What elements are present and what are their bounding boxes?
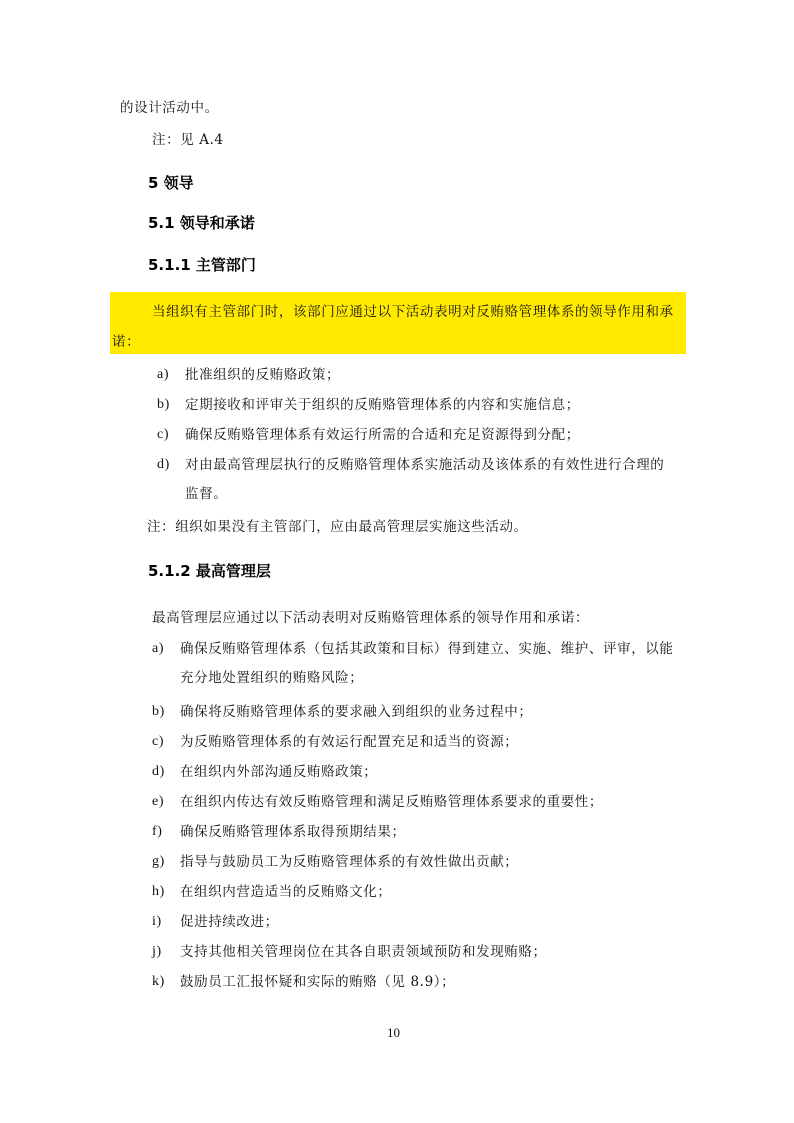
section-5-heading: 5 领导 bbox=[148, 173, 194, 193]
list-marker: a) bbox=[152, 640, 164, 658]
highlighted-paragraph bbox=[110, 292, 686, 354]
list-text-continuation: 监督。 bbox=[185, 485, 227, 503]
list-text: 鼓励员工汇报怀疑和实际的贿赂（见 8.9）； bbox=[180, 973, 455, 991]
list-text: 在组织内外部沟通反贿赂政策； bbox=[180, 763, 377, 781]
list-text: 为反贿赂管理体系的有效运行配置充足和适当的资源； bbox=[180, 733, 518, 751]
list-text: 确保反贿赂管理体系有效运行所需的合适和充足资源得到分配； bbox=[185, 426, 580, 444]
list-text: 支持其他相关管理岗位在其各自职责领域预防和发现贿赂； bbox=[180, 943, 547, 961]
intro-line-2: 诺： bbox=[112, 333, 140, 351]
section-5-1-1-heading: 5.1.1 主管部门 bbox=[148, 255, 256, 275]
section-5-1-2-heading: 5.1.2 最高管理层 bbox=[148, 561, 271, 581]
list-marker: c) bbox=[152, 733, 164, 751]
list-text: 在组织内传达有效反贿赂管理和满足反贿赂管理体系要求的重要性； bbox=[180, 793, 603, 811]
list-text: 对由最高管理层执行的反贿赂管理体系实施活动及该体系的有效性进行合理的 bbox=[185, 456, 664, 474]
list-marker: e) bbox=[152, 793, 164, 811]
list-text: 定期接收和评审关于组织的反贿赂管理体系的内容和实施信息； bbox=[185, 396, 580, 414]
list-marker: b) bbox=[157, 396, 170, 414]
note-a4: 注：见 A.4 bbox=[152, 131, 224, 149]
list-text: 促进持续改进； bbox=[180, 913, 279, 931]
list-marker: f) bbox=[152, 823, 163, 841]
list-text: 确保反贿赂管理体系取得预期结果； bbox=[180, 823, 406, 841]
list-marker: b) bbox=[152, 703, 165, 721]
list-text: 批准组织的反贿赂政策； bbox=[185, 366, 340, 384]
intro-line-1: 当组织有主管部门时，该部门应通过以下活动表明对反贿赂管理体系的领导作用和承 bbox=[152, 303, 674, 321]
list-marker: j) bbox=[152, 943, 162, 961]
list-marker: g) bbox=[152, 853, 165, 871]
list-text: 确保反贿赂管理体系（包括其政策和目标）得到建立、实施、维护、评审，以能 bbox=[180, 640, 674, 658]
list-marker: d) bbox=[152, 763, 165, 781]
list-marker: h) bbox=[152, 883, 165, 901]
list-text: 指导与鼓励员工为反贿赂管理体系的有效性做出贡献； bbox=[180, 853, 518, 871]
list-marker: c) bbox=[157, 426, 169, 444]
list-marker: k) bbox=[152, 973, 165, 991]
section-5-1-heading: 5.1 领导和承诺 bbox=[148, 213, 255, 233]
list-marker: a) bbox=[157, 366, 169, 384]
list-text-continuation: 充分地处置组织的贿赂风险； bbox=[180, 669, 363, 687]
list-marker: d) bbox=[157, 456, 170, 474]
document-page: 的设计活动中。 注：见 A.4 5 领导 5.1 领导和承诺 5.1.1 主管部… bbox=[0, 0, 794, 1123]
page-number: 10 bbox=[387, 1025, 400, 1041]
note-no-governing-body: 注：组织如果没有主管部门，应由最高管理层实施这些活动。 bbox=[147, 518, 528, 536]
list-marker: i) bbox=[152, 913, 162, 931]
list-text: 确保将反贿赂管理体系的要求融入到组织的业务过程中； bbox=[180, 703, 533, 721]
continuation-text: 的设计活动中。 bbox=[120, 99, 219, 117]
top-management-intro: 最高管理层应通过以下活动表明对反贿赂管理体系的领导作用和承诺： bbox=[152, 609, 589, 627]
list-text: 在组织内营造适当的反贿赂文化； bbox=[180, 883, 392, 901]
